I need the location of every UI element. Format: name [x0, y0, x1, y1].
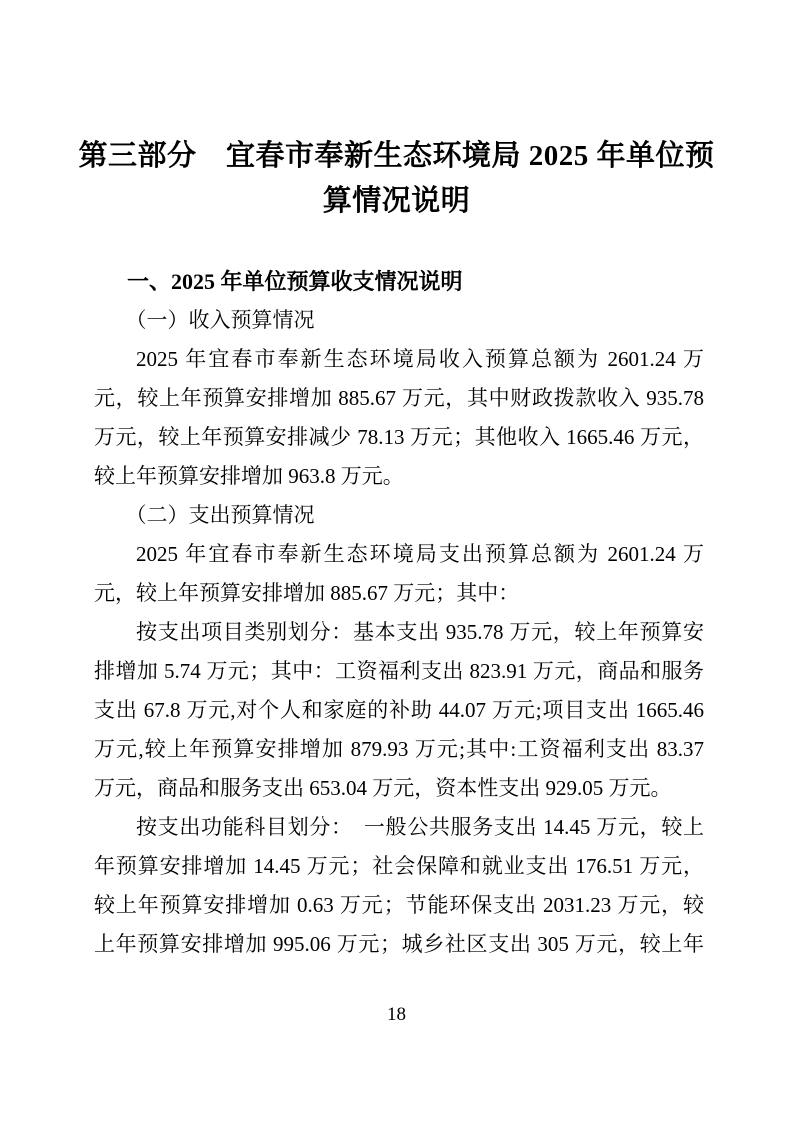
paragraph-expenditure-function-line: 上年预算安排增加 995.06 万元；城乡社区支出 305 万元，较上年 — [94, 925, 704, 964]
paragraph-income-line: 较上年预算安排增加 963.8 万元。 — [94, 457, 704, 496]
paragraph-income-line: 元，较上年预算安排增加 885.67 万元，其中财政拨款收入 935.78 — [94, 379, 704, 418]
page-number: 18 — [0, 1002, 793, 1028]
paragraph-expenditure-function-line: 年预算安排增加 14.45 万元；社会保障和就业支出 176.51 万元， — [94, 847, 704, 886]
paragraph-expenditure-category-line: 按支出项目类别划分：基本支出 935.78 万元，较上年预算安 — [94, 613, 704, 652]
section-heading-overview: 一、2025 年单位预算收支情况说明 — [94, 262, 704, 301]
paragraph-expenditure-function-line: 较上年预算安排增加 0.63 万元；节能环保支出 2031.23 万元，较 — [94, 886, 704, 925]
paragraph-expenditure-category-line: 排增加 5.74 万元；其中：工资福利支出 823.91 万元，商品和服务 — [94, 652, 704, 691]
subsection-heading-expenditure: （二）支出预算情况 — [94, 496, 704, 535]
paragraph-income-line: 万元，较上年预算安排减少 78.13 万元；其他收入 1665.46 万元， — [94, 418, 704, 457]
paragraph-expenditure-function-line: 按支出功能科目划分： 一般公共服务支出 14.45 万元，较上 — [94, 808, 704, 847]
document-body: 一、2025 年单位预算收支情况说明 （一）收入预算情况 2025 年宜春市奉新… — [94, 262, 704, 964]
title-line-2: 算情况说明 — [40, 179, 753, 224]
paragraph-expenditure-category-line: 万元,较上年预算安排增加 879.93 万元;其中:工资福利支出 83.37 — [94, 730, 704, 769]
title-line-1: 第三部分 宜春市奉新生态环境局 2025 年单位预 — [40, 134, 753, 179]
paragraph-expenditure-category-line: 支出 67.8 万元,对个人和家庭的补助 44.07 万元;项目支出 1665.… — [94, 691, 704, 730]
paragraph-expenditure-total-line: 2025 年宜春市奉新生态环境局支出预算总额为 2601.24 万 — [94, 535, 704, 574]
paragraph-income-line: 2025 年宜春市奉新生态环境局收入预算总额为 2601.24 万 — [94, 340, 704, 379]
document-page: 第三部分 宜春市奉新生态环境局 2025 年单位预 算情况说明 一、2025 年… — [0, 0, 793, 1122]
subsection-heading-income: （一）收入预算情况 — [94, 301, 704, 340]
paragraph-expenditure-category-line: 万元，商品和服务支出 653.04 万元，资本性支出 929.05 万元。 — [94, 769, 704, 808]
paragraph-expenditure-total-line: 元，较上年预算安排增加 885.67 万元；其中： — [94, 574, 704, 613]
document-title: 第三部分 宜春市奉新生态环境局 2025 年单位预 算情况说明 — [40, 134, 753, 224]
